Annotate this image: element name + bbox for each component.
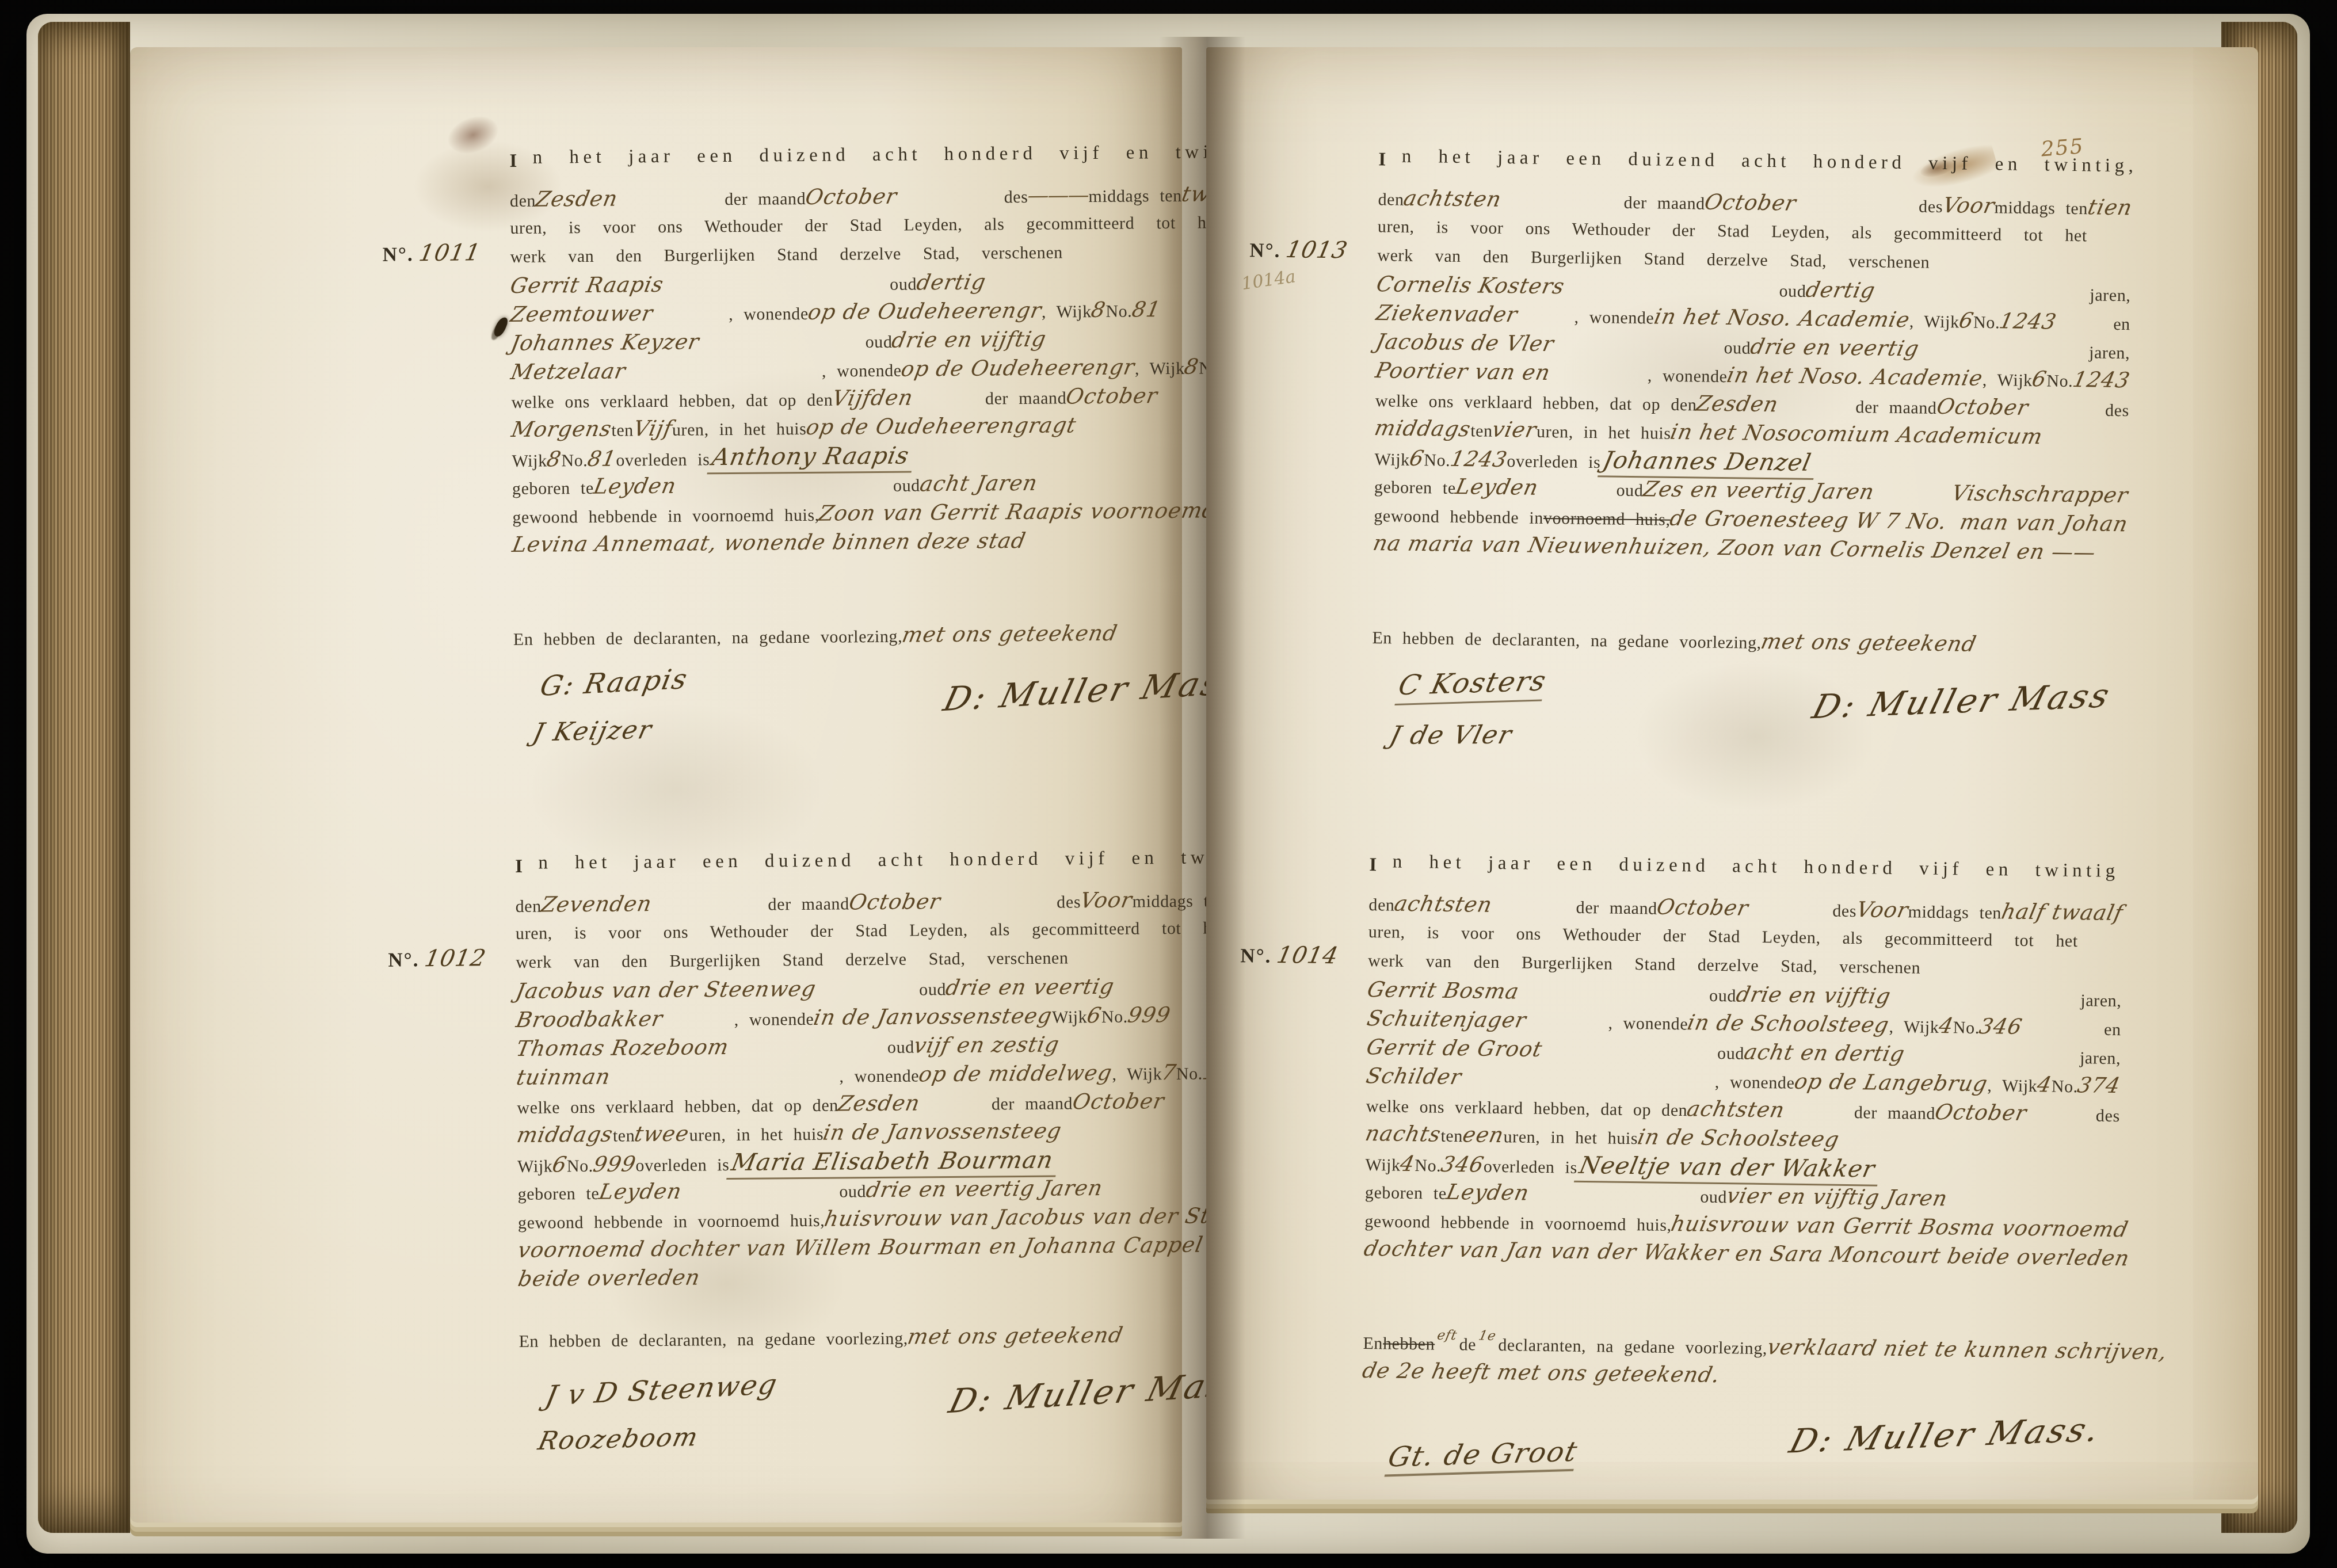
printed-text: , wonende [729,300,809,329]
printed-text: , wonende [839,1062,919,1091]
handwritten-text: 374 [2075,1071,2123,1100]
signature-area: Gt. de GrootD: Muller Mass. [1362,1400,2117,1482]
entry-number: N°.1012 [388,945,486,972]
printed-text: des [2096,1102,2120,1131]
printed-text: , wonende [822,357,902,386]
handwritten-text: 346 [1977,1012,2025,1041]
line-spacer [920,1109,992,1110]
line-spacer [664,290,890,292]
entry-number-prefix: N°. [383,243,414,265]
handwritten-text: October [1932,1098,2030,1128]
line-spacer [1528,1200,1700,1203]
handwritten-text: man van Johan [1957,508,2130,539]
handwritten-text: middags [514,1120,615,1150]
record-line: In het jaar een duizend acht honderd vij… [1378,128,2133,193]
printed-text: welke ons verklaard hebben, dat op den [517,1092,838,1123]
line-spacer [663,1025,734,1026]
handwritten-text: drie en veertig Jaren [863,1174,1105,1204]
handwritten-text: acht Jaren [917,469,1040,499]
line-spacer [940,908,1057,909]
printed-text: der maand [1855,393,1937,423]
printed-text: oud [1616,476,1643,506]
handwritten-text: in het Nosocomium Academicum [1668,418,2045,451]
handwritten-text: achtsten [1401,184,1504,214]
handwritten-text: 1243 [2070,365,2133,395]
record-line: In het jaar een duizend acht honderd vij… [509,124,1252,185]
printed-text: , wonende [1714,1068,1794,1098]
line-spacer [816,995,920,995]
handwritten-text: Zeemtouwer [508,299,655,329]
handwritten-text: op de Langebrug [1791,1067,1990,1098]
handwritten-text: Morgens [509,415,614,444]
record-line: beide overleden [519,1259,1261,1294]
handwritten-text: Zevenden [539,890,654,920]
record-line: Levina Annemaat, wonende binnen deze sta… [513,525,1255,559]
handwritten-text: October [1063,381,1160,411]
entry-number-prefix: N°. [1249,239,1281,262]
line-spacer [1875,297,2090,300]
line-spacer [729,1053,887,1054]
printed-text: jaren, [2089,338,2130,368]
printed-text: En hebben de declaranten, na gedane voor… [513,623,903,654]
line-spacer [1538,495,1616,496]
handwritten-text: de Groenesteeg W 7 No. [1667,504,1950,536]
printed-text: en [2113,310,2130,339]
printed-text: oud [1779,277,1806,306]
line-spacer [617,205,725,205]
handwritten-text: verklaard niet te kunnen schrijven, [1764,1333,2170,1367]
handwritten-text: Ziekenvader [1374,299,1520,329]
printed-text: I [515,855,527,878]
printed-text: hebben [1383,1329,1435,1359]
handwritten-text: Thomas Rozeboom [514,1033,731,1063]
handwritten-text: achtsten [1684,1094,1787,1124]
printed-text: welke ons verklaard hebben, dat op den [512,386,833,417]
death-record-entry: N°.1011In het jaar een duizend acht hond… [509,124,1256,746]
printed-text: No. [1415,1151,1442,1181]
printed-text: , wonende [734,1005,814,1035]
handwritten-text: Anthony Raapis [707,441,917,474]
page-left-content: N°.1011In het jaar een duizend acht hond… [124,43,1188,1527]
handwritten-text: drie en vijftig [1733,980,1893,1010]
printed-text: en [2104,1016,2121,1044]
signature-area: J v D SteenwegRoozeboomD: Muller Mass [519,1364,1262,1454]
handwritten-text: vier [1490,415,1540,445]
printed-text: uren, in het huis [672,415,807,445]
handwritten-text: Schilder [1363,1062,1464,1092]
handwritten-text: vijf en zestig [912,1030,1062,1060]
printed-text: des [1004,183,1028,212]
line-spacer [610,1082,839,1084]
handwritten-text: 81 [1130,295,1163,324]
line-spacer [626,377,822,379]
printed-text: I [1369,853,1381,876]
handwritten-text: October [1654,893,1752,923]
record-line: En hebben de declaranten, na gedane voor… [1372,622,2126,661]
printed-text: des [1832,897,1856,926]
printed-text: des [1919,192,1943,222]
handwritten-text: achtsten [1391,890,1495,920]
printed-text: oud [839,1177,866,1206]
handwritten-text: Vijfden [830,383,916,413]
line-spacer [913,404,985,405]
handwritten-text: 346 [1438,1150,1486,1180]
line-spacer [699,348,866,349]
handwritten-text: met ons geteekend [900,619,1120,650]
line-spacer [1919,356,2089,358]
printed-text: n het jaar een duizend acht honderd vijf… [532,124,1268,185]
entry-number-value: 1012 [422,945,488,972]
printed-text: ten [611,416,634,445]
handwritten-text: Jacobus van der Steenweg [513,975,818,1006]
printed-text: voornoemd huis, [1543,504,1671,535]
handwritten-text: Zesden [533,184,620,213]
line-spacer [1492,912,1576,913]
line-spacer [2026,1120,2096,1121]
printed-text: No. [2046,367,2073,396]
handwritten-text: tuinman [514,1063,613,1092]
handwritten-text: Voor [1940,191,1997,220]
printed-text: , Wijk [1909,307,1959,337]
printed-text: jaren, [2080,1044,2121,1073]
page-right: 255 N°.10131014aIn het jaar een duizend … [1206,47,2258,1500]
entry-number: N°.10131014a [1249,236,1348,287]
printed-text: n het jaar een duizend acht honderd vijf… [1401,129,2138,194]
declarant-signature: J Keijzer [530,714,691,747]
line-spacer [681,1197,839,1199]
handwritten-text: met ons geteekend [905,1321,1126,1352]
printed-text: , wonende [1574,303,1654,333]
handwritten-text: Broodbakker [514,1005,666,1035]
line-spacer [1778,411,1855,413]
handwritten-text: Poortier van en [1373,356,1553,387]
official-signature: D: Muller Mass. [1786,1410,2106,1460]
printed-text: oud [890,270,917,299]
declarant-signature: C Kosters [1394,665,1550,705]
declarant-signature: J de Vler [1387,720,1549,750]
handwritten-text: in de Schoolsteeg [1685,1008,1892,1039]
printed-text: oud [1709,982,1736,1011]
handwritten-text: 999 [590,1150,638,1179]
printed-text: geboren te [517,1180,599,1209]
handwritten-text: Leyden [597,1177,684,1207]
handwritten-text: 1e [1476,1322,1499,1350]
page-left: N°.1011In het jaar een duizend acht hond… [130,47,1182,1523]
printed-text: En [1363,1329,1383,1358]
handwritten-text: 1243 [1997,307,2060,336]
printed-text: middags ten [1908,898,2001,928]
photo-backdrop: N°.1011In het jaar een duizend acht hond… [0,0,2337,1568]
printed-text: oud [1724,334,1751,363]
line-spacer [1501,207,1624,208]
handwritten-text: dertig [1803,276,1878,305]
ink-blot [492,315,509,338]
handwritten-text: Jacobus de Vler [1373,327,1557,358]
register-book: N°.1011In het jaar een duizend acht hond… [26,14,2310,1554]
declarant-signature: J v D Steenweg [543,1368,781,1413]
handwritten-text: vier en vijftig Jaren [1724,1181,1950,1213]
line-spacer [1785,1117,1854,1119]
signature-area: C KostersJ de VlerD: Muller Mass [1371,666,2126,758]
line-spacer [1748,915,1832,917]
handwritten-text: Leyden [1444,1178,1532,1208]
handwritten-text: drie en veertig [1748,333,1922,364]
printed-text: , Wijk [1987,1071,2037,1101]
printed-text: , Wijk [1983,366,2033,395]
handwritten-text: Gerrit Raapis [508,270,666,300]
line-spacer [676,491,894,493]
handwritten-text: in het Noso. Academie [1724,361,1985,393]
printed-text: oud [865,328,892,357]
printed-text: , Wijk [1042,297,1092,327]
printed-text: middags ten [1994,193,2088,223]
book-gutter-shadow [1159,37,1245,1539]
printed-text: I [509,150,521,173]
printed-text: overleden is [1484,1153,1578,1182]
declarant-signature: Gt. de Groot [1384,1436,1581,1477]
line-spacer [1461,1084,1714,1088]
handwritten-text: Cornelis Kosters [1374,270,1567,301]
handwritten-text: op de middelweg [916,1059,1115,1089]
printed-text: der maand [992,1089,1073,1119]
printed-text: jaren, [2080,986,2122,1016]
handwritten-text: Metzelaar [509,357,628,387]
handwritten-text: beide overleden [516,1263,703,1294]
handwritten-text: in het Noso. Academie [1651,303,1912,335]
handwritten-text: drie en veertig [943,972,1116,1002]
printed-text: der maand [768,890,849,919]
line-spacer [1564,293,1779,296]
printed-text: Wijk [512,447,547,475]
margin-note: 1014a [1240,259,1348,294]
printed-text: werk van den Burgerlijken Stand derzelve… [510,238,1063,272]
handwritten-text: Zes en veertig Jaren [1640,475,1877,506]
line-spacer [2022,1034,2104,1035]
printed-text: n het jaar een duizend acht honderd vijf… [1392,834,2119,899]
handwritten-text: Voor [1854,895,1911,925]
line-spacer [1947,1205,2119,1208]
handwritten-text: de 2e heeft met ons geteekend. [1360,1356,1723,1390]
printed-text: den [1378,185,1404,215]
printed-text: der maand [985,384,1067,413]
handwritten-text: 81 [585,444,619,473]
printed-text: oud [919,975,946,1004]
printed-text: der maand [1623,189,1705,219]
printed-text: Wijk [1052,1003,1088,1032]
handwritten-text: Leyden [591,472,678,501]
handwritten-text: in de Janvossensteeg [821,1116,1064,1147]
handwritten-text: Zesden [1694,389,1781,419]
record-line: En hebben de declaranten, na gedane voor… [513,618,1256,653]
printed-text: , wonende [1648,361,1728,391]
handwritten-text: half twaalf [1999,897,2126,928]
handwritten-text: met ons geteekend [1759,627,1980,659]
handwritten-text: 1243 [1447,445,1510,474]
entry-number-prefix: N°. [388,948,419,971]
handwritten-text: Johannes Keyzer [508,327,702,358]
line-spacer [1550,380,1647,381]
printed-text: der maand [1854,1098,1936,1128]
entry-number-value: 1011 [417,239,482,266]
handwritten-text: acht en dertig [1741,1038,1908,1069]
official-signature: D: Muller Mass [1808,676,2115,727]
death-record-entry: N°.1012In het jaar een duizend acht hond… [515,830,1262,1454]
line-spacer [1554,351,1724,353]
signature-area: G: RaapisJ KeijzerD: Muller Mass [513,662,1256,746]
death-record-entry: N°.1014In het jaar een duizend acht hond… [1362,834,2123,1482]
printed-text: ten [1440,1122,1463,1151]
handwritten-text: in de Schoolsteeg [1635,1123,1842,1154]
declarant-signature: G: Raapis [537,663,691,703]
handwritten-text: Levina Annemaat, wonende binnen deze sta… [510,527,1028,559]
printed-text: gewoond hebbende in voornoemd huis, [518,1207,825,1238]
printed-text: Wijk [1365,1151,1401,1180]
printed-text: , Wijk [1889,1013,1939,1042]
printed-text: Wijk [517,1152,553,1181]
handwritten-text: October [847,887,943,917]
line-spacer [2056,329,2113,330]
printed-text: uren, in het huis [1503,1123,1638,1153]
line-spacer [652,910,768,911]
printed-text: No. [1424,446,1451,475]
printed-text: ten [613,1121,635,1150]
printed-text: No. [2052,1073,2079,1102]
declarant-signatures: G: RaapisJ Keijzer [513,666,687,746]
line-spacer [1526,1028,1608,1029]
entry-number-value: 1014 [1275,942,1341,969]
death-record-entry: N°.10131014aIn het jaar een duizend acht… [1371,128,2133,758]
printed-text: des [1057,888,1081,917]
printed-text: den [510,187,536,216]
printed-text: En hebben de declaranten, na gedane voor… [519,1325,908,1356]
handwritten-text: Leyden [1453,472,1541,502]
handwritten-text: October [803,182,900,212]
page-stack-edge-left [38,22,130,1533]
handwritten-text: nachts [1363,1119,1444,1149]
handwritten-text: October [1934,392,2031,422]
printed-text: No. [561,447,588,475]
line-spacer [1519,998,1709,1001]
printed-text: No. [1973,308,2000,338]
handwritten-text: Schuitenjager [1364,1004,1529,1035]
printed-text: I [1378,148,1390,171]
printed-text: jaren, [2090,281,2131,310]
line-spacer [1518,322,1574,322]
handwritten-text: Zesden [836,1089,922,1118]
ink-smudge-stain [443,110,503,161]
line-spacer [1874,499,1952,500]
printed-text: den [515,892,542,921]
page-right-content: 255 N°.10131014aIn het jaar een duizend … [1187,44,2258,1510]
handwritten-text: Voor [1078,886,1135,915]
handwritten-text: twee [632,1120,692,1149]
printed-text: werk van den Burgerlijken Stand derzelve… [516,944,1068,977]
handwritten-text: eft [1434,1321,1460,1350]
handwritten-text: op de Oudeheerengr [806,296,1044,327]
declarant-signatures: J v D SteenwegRoozeboom [519,1373,777,1454]
record-line: En hebben de declaranten, na gedane voor… [519,1320,1261,1355]
printed-text: geboren te [512,474,594,503]
printed-text: uren, in het huis [1537,418,1671,448]
entry-number: N°.1011 [383,239,481,266]
line-spacer [1904,1061,2080,1063]
record-line: In het jaar een duizend acht honderd vij… [515,830,1258,891]
printed-text: No. [567,1152,593,1181]
printed-text: overleden is [635,1151,729,1180]
line-spacer [1542,1056,1717,1059]
handwritten-text: Gerrit de Groot [1364,1033,1545,1064]
printed-text: , wonende [1608,1009,1688,1039]
line-spacer [1796,211,1919,212]
declarant-signatures: C KostersJ de Vler [1371,666,1545,751]
printed-text: den [1368,891,1395,920]
handwritten-text: October [1070,1087,1166,1116]
handwritten-text: op de Oudeheerengragt [804,411,1079,442]
printed-text: No. [1953,1013,1980,1043]
printed-text: , Wijk [1112,1060,1162,1089]
declarant-signature: Roozeboom [535,1421,780,1456]
handwritten-text: ——— [1025,181,1091,210]
printed-text: geboren te [1365,1178,1447,1208]
printed-text: overleden is [616,445,710,475]
line-spacer [653,320,729,321]
handwritten-text: Vijf [631,414,674,444]
printed-text: gewoond hebbende in voornoemd huis, [512,501,819,532]
printed-text: des [2105,396,2129,426]
printed-text: Wijk [1374,445,1410,475]
handwritten-text: drie en vijftig [890,325,1049,355]
entry-number: N°.1014 [1240,941,1338,969]
printed-text: der maand [725,185,806,214]
record-line: In het jaar een duizend acht honderd vij… [1369,834,2123,899]
printed-text: der maand [1576,894,1657,924]
handwritten-text: in de Janvossensteeg [811,1002,1055,1032]
printed-text: oud [893,471,920,500]
printed-text: oud [1700,1183,1727,1212]
printed-text: oud [1717,1039,1744,1069]
printed-text: oud [887,1033,914,1062]
line-spacer [2028,415,2105,416]
line-spacer [1890,1004,2080,1006]
printed-text: En hebben de declaranten, na gedane voor… [1372,624,1762,658]
declarant-signatures: Gt. de Groot [1362,1437,1577,1475]
printed-text: de [1459,1330,1476,1359]
printed-text: gewoond hebbende in [1374,502,1543,533]
printed-text: geboren te [1374,473,1456,503]
handwritten-text: middags [1372,414,1473,444]
handwritten-text: Gerrit Bosma [1364,975,1522,1006]
printed-text: No. [1105,297,1132,326]
printed-text: overleden is [1507,447,1601,477]
printed-text: No. [1101,1003,1128,1032]
handwritten-text: een [1460,1120,1507,1150]
handwritten-text: op de Oudeheerengr [899,353,1138,383]
handwritten-text: dertig [914,268,988,297]
handwritten-text: October [1702,188,1800,218]
line-spacer [897,203,1004,203]
handwritten-text: Vischschrapper [1949,479,2131,510]
handwritten-text: tien [2085,193,2135,222]
printed-text: uren, in het huis [689,1120,824,1150]
